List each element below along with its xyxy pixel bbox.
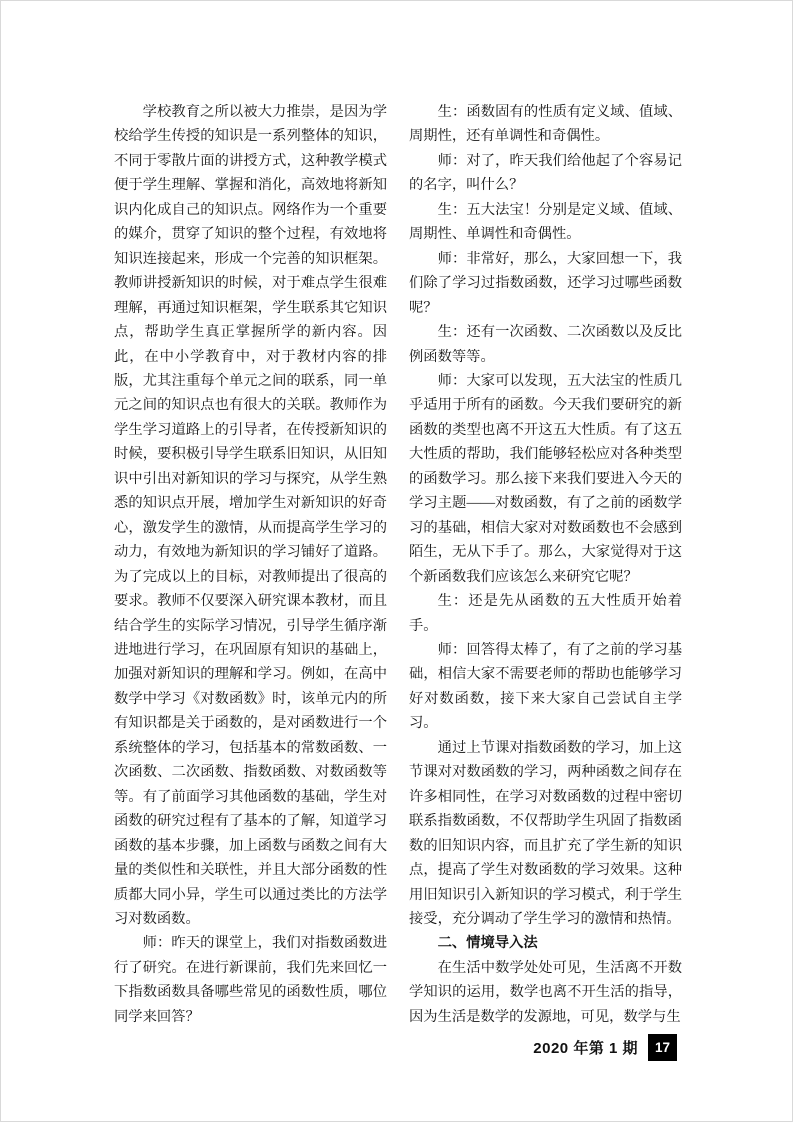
paragraph: 在生活中数学处处可见，生活离不开数学知识的运用，数学也离不开生活的指导，因为生活…: [409, 956, 682, 1029]
section-heading: 二、情境导入法: [409, 931, 682, 955]
text-column-left: 学校教育之所以被大力推崇，是因为学校给学生传授的知识是一系列整体的知识，不同于零…: [114, 100, 387, 1029]
page-number: 17: [655, 1040, 670, 1055]
magazine-page: 学校教育之所以被大力推崇，是因为学校给学生传授的知识是一系列整体的知识，不同于零…: [0, 0, 793, 1122]
paragraph: 生：函数固有的性质有定义域、值域、周期性，还有单调性和奇偶性。: [409, 100, 682, 149]
paragraph: 学校教育之所以被大力推崇，是因为学校给学生传授的知识是一系列整体的知识，不同于零…: [114, 100, 387, 931]
paragraph: 生：五大法宝！分别是定义域、值域、周期性、单调性和奇偶性。: [409, 198, 682, 247]
text-column-right: 生：函数固有的性质有定义域、值域、周期性，还有单调性和奇偶性。师：对了，昨天我们…: [409, 100, 682, 1029]
page-footer: 2020 年第 1 期 17: [1, 1034, 677, 1061]
paragraph: 生：还有一次函数、二次函数以及反比例函数等等。: [409, 320, 682, 369]
paragraph: 师：昨天的课堂上，我们对指数函数进行了研究。在进行新课前，我们先来回忆一下指数函…: [114, 931, 387, 1029]
paragraph: 师：非常好，那么，大家回想一下，我们除了学习过指数函数，还学习过哪些函数呢？: [409, 247, 682, 320]
paragraph: 生：还是先从函数的五大性质开始着手。: [409, 589, 682, 638]
paragraph: 通过上节课对指数函数的学习，加上这节课对对数函数的学习，两种函数之间存在许多相同…: [409, 736, 682, 932]
paragraph: 师：回答得太棒了，有了之前的学习基础，相信大家不需要老师的帮助也能够学习好对数函…: [409, 638, 682, 736]
paragraph: 师：大家可以发现，五大法宝的性质几乎适用于所有的函数。今天我们要研究的新函数的类…: [409, 369, 682, 589]
paragraph: 师：对了，昨天我们给他起了个容易记的名字，叫什么？: [409, 149, 682, 198]
issue-label: 2020 年第 1 期: [533, 1037, 638, 1058]
page-number-badge: 17: [648, 1034, 677, 1061]
